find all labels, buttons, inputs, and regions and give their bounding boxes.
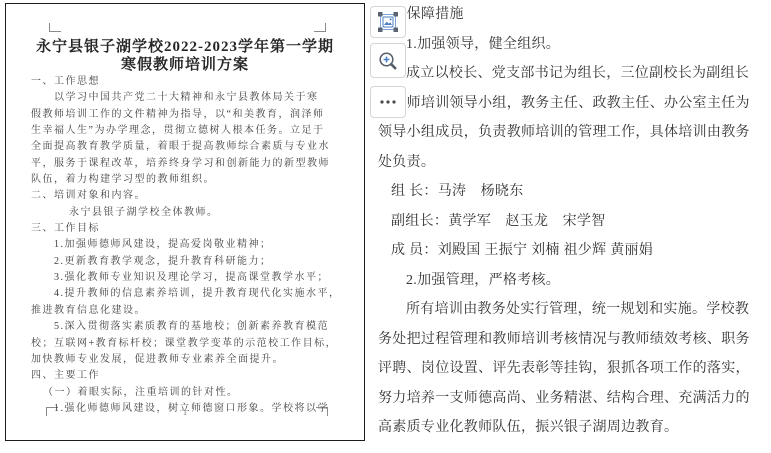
text-line: 评聘、岗位设置、评先表彰等挂钩，狠抓各项工作的落实， [378, 354, 771, 384]
text-line: 假教师培训工作的文件精神为指导，以“和美教育，润泽师 [31, 107, 343, 123]
page1-body-text: 一、工作思想以学习中国共产党二十大精神和永宁县教体局关于寒假教师培训工作的文件精… [31, 74, 343, 417]
text-line: 务处把过程管理和教师培训考核情况与教师绩效考核、职务 [378, 325, 771, 355]
text-line: 副组长：黄学军 赵玉龙 宋学智 [378, 207, 771, 237]
page-number: 1 [6, 408, 364, 417]
more-options-button[interactable] [370, 86, 406, 118]
text-line: 全面提高教育教学质量，着眼于提高教师综合素质与专业水 [31, 139, 343, 155]
text-line: 所有培训由教务处实行管理，统一规划和实施。学校教 [378, 295, 771, 325]
text-line: 3.强化教师专业知识及理论学习，提高课堂教学水平； [31, 270, 343, 286]
more-icon [379, 99, 397, 105]
margin-crop-mark-top-left [49, 23, 61, 32]
text-line: 五、保障措施 [378, 0, 771, 30]
text-line: 努力培养一支师德高尚、业务精湛、结构合理、充满活力的 [378, 384, 771, 414]
document-page-3: 五、保障措施1.加强领导，健全组织。成立以校长、党支部书记为组长，三位副校长为副… [378, 0, 771, 453]
text-line: 的教师培训领导小组，教务主任、政教主任、办公室主任为 [378, 89, 771, 119]
text-line: 生幸福人生”为办学理念，贯彻立德树人根本任务。立足于 [31, 123, 343, 139]
margin-crop-mark-top-right [314, 23, 326, 32]
text-line: 成立以校长、党支部书记为组长，三位副校长为副组长 [378, 59, 771, 89]
text-line: 永宁县银子湖学校全体教师。 [31, 205, 343, 221]
text-line: 5.深入贯彻落实素质教育的基地校；创新素养教育模范 [31, 319, 343, 335]
text-line: 四、主要工作 [31, 368, 343, 384]
text-line: 2.加强管理，严格考核。 [378, 266, 771, 296]
text-line: 领导小组成员，负责教师培训的管理工作，具体培训由教务 [378, 118, 771, 148]
text-line: 推进教育信息化建设。 [31, 303, 343, 319]
zoom-in-icon [377, 50, 399, 72]
image-select-icon [378, 12, 398, 32]
document-title-line2: 寒假教师培训方案 [6, 56, 364, 74]
text-line: 校；互联网+教育标杆校；课堂教学变革的示范校工作目标， [31, 336, 343, 352]
text-line: 加快教师专业发展，促进教师专业素养全面提升。 [31, 352, 343, 368]
image-select-button[interactable] [370, 6, 406, 38]
text-line: 二、培训对象和内容。 [31, 188, 343, 204]
document-title: 永宁县银子湖学校2022-2023学年第一学期 寒假教师培训方案 [6, 38, 364, 74]
document-title-line1: 永宁县银子湖学校2022-2023学年第一学期 [6, 38, 364, 56]
text-line: （一）着眼实际，注重培训的针对性。 [31, 385, 343, 401]
text-line: 组 长：马涛 杨晓东 [378, 177, 771, 207]
text-line: 平，服务于课程改革，培养终身学习和创新能力的新型教师 [31, 156, 343, 172]
text-line: 4.提升教师的信息素养培训，提升教育现代化实施水平， [31, 286, 343, 302]
document-page-1: 永宁县银子湖学校2022-2023学年第一学期 寒假教师培训方案 一、工作思想以… [5, 3, 365, 441]
text-line: 成 员：刘殿国 王振宁 刘楠 祖少辉 黄丽娟 [378, 236, 771, 266]
text-line: 2.更新教育教学观念，提升教育科研能力； [31, 254, 343, 270]
text-line: 高素质专业化教师队伍，振兴银子湖周边教育。 [378, 413, 771, 443]
text-line: 一、工作思想 [31, 74, 343, 90]
zoom-in-button[interactable] [370, 43, 406, 78]
text-line: 1.加强领导，健全组织。 [378, 30, 771, 60]
text-line: 1.加强师德师风建设，提高爱岗敬业精神； [31, 237, 343, 253]
text-line: 三、工作目标 [31, 221, 343, 237]
text-line: 以学习中国共产党二十大精神和永宁县教体局关于寒 [31, 90, 343, 106]
text-line: 处负责。 [378, 148, 771, 178]
text-line: 队伍，着力构建学习型的教师组织。 [31, 172, 343, 188]
